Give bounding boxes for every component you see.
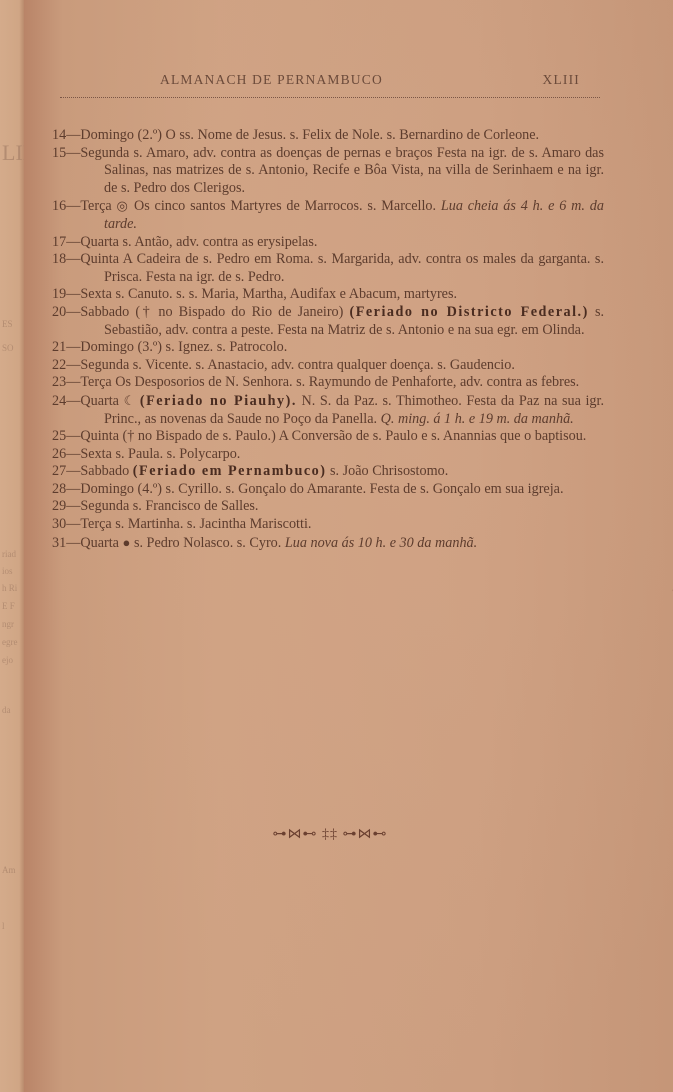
calendar-entry: 27—Sabbado (Feriado em Pernambuco) s. Jo…	[52, 463, 604, 481]
entry-text: —Terça s. Martinha. s. Jacintha Mariscot…	[66, 516, 311, 532]
day-number: 24	[52, 393, 66, 409]
entry-text: —Quarta	[66, 393, 123, 409]
day-number: 27	[52, 463, 66, 479]
day-number: 25	[52, 428, 66, 444]
calendar-entry: 17—Quarta s. Antão, adv. contra as erysi…	[52, 234, 604, 252]
day-number: 17	[52, 234, 66, 250]
tailpiece-ornament: ⊶⋈⊷ ‡‡ ⊶⋈⊷	[270, 826, 390, 843]
calendar-entry: 14—Domingo (2.º) O ss. Nome de Jesus. s.…	[52, 127, 604, 145]
entry-text: —Domingo (2.º) O ss. Nome de Jesus. s. F…	[66, 127, 539, 143]
entry-text: s. João Chrisostomo.	[326, 463, 448, 479]
adjacent-page-fragment: E F	[2, 600, 24, 612]
entry-text: —Sabbado († no Bispado do Rio de Janeiro…	[66, 304, 349, 320]
calendar-entry: 25—Quinta († no Bispado de s. Paulo.) A …	[52, 428, 604, 446]
page-number: XLIII	[543, 72, 580, 88]
moon-phase-note: Lua nova ás 10 h. e 30 da manhã.	[285, 535, 477, 551]
adjacent-page-fragment: ES	[2, 318, 24, 330]
day-number: 23	[52, 374, 66, 390]
entry-text: —Quarta s. Antão, adv. contra as erysipe…	[66, 234, 317, 250]
entry-text: —Domingo (3.º) s. Ignez. s. Patrocolo.	[66, 339, 287, 355]
calendar-entry: 21—Domingo (3.º) s. Ignez. s. Patrocolo.	[52, 339, 604, 357]
moon-phase-note: Q. ming. á 1 h. e 19 m. da manhã.	[381, 411, 574, 427]
entry-text: —Domingo (4.º) s. Cyrillo. s. Gonçalo do…	[66, 481, 563, 497]
adjacent-page-fragment: ejo	[2, 654, 24, 666]
day-number: 21	[52, 339, 66, 355]
adjacent-page-fragment: Am	[2, 864, 24, 876]
day-number: 29	[52, 498, 66, 514]
entry-text: —Terça	[66, 198, 116, 214]
adjacent-page-fragment: egre	[2, 636, 24, 648]
adjacent-page-fragment: l	[2, 920, 24, 932]
adjacent-page-fragment: da	[2, 704, 24, 716]
day-number: 19	[52, 286, 66, 302]
adjacent-page-fragment: LIII	[2, 140, 24, 166]
moon-phase-icon: ◎	[117, 198, 130, 213]
entry-text: —Segunda s. Francisco de Salles.	[66, 498, 258, 514]
calendar-entries: 14—Domingo (2.º) O ss. Nome de Jesus. s.…	[52, 127, 604, 552]
calendar-entry: 20—Sabbado († no Bispado do Rio de Janei…	[52, 304, 604, 339]
entry-text: —Segunda s. Amaro, adv. contra as doença…	[66, 145, 604, 196]
day-number: 18	[52, 251, 66, 267]
calendar-entry: 29—Segunda s. Francisco de Salles.	[52, 498, 604, 516]
calendar-entry: 26—Sexta s. Paula. s. Polycarpo.	[52, 446, 604, 464]
day-number: 30	[52, 516, 66, 532]
calendar-entry: 19—Sexta s. Canuto. s. s. Maria, Martha,…	[52, 286, 604, 304]
running-title: ALMANACH DE PERNAMBUCO	[160, 72, 383, 88]
entry-text: —Sabbado	[66, 463, 133, 479]
calendar-entry: 22—Segunda s. Vicente. s. Anastacio, adv…	[52, 357, 604, 375]
entry-text: Os cinco santos Martyres de Marrocos. s.…	[129, 198, 441, 214]
day-number: 16	[52, 198, 66, 214]
adjacent-page-fragment: ios	[2, 565, 24, 577]
calendar-entry: 18—Quinta A Cadeira de s. Pedro em Roma.…	[52, 251, 604, 286]
calendar-entry: 16—Terça ◎ Os cinco santos Martyres de M…	[52, 197, 604, 233]
entry-text: —Quinta A Cadeira de s. Pedro em Roma. s…	[66, 251, 604, 285]
adjacent-page-fragment: h Ri	[2, 582, 24, 594]
running-header: ALMANACH DE PERNAMBUCO XLIII	[160, 72, 580, 92]
day-number: 31	[52, 535, 66, 551]
calendar-entry: 30—Terça s. Martinha. s. Jacintha Marisc…	[52, 516, 604, 534]
day-number: 14	[52, 127, 66, 143]
entry-text: s. Pedro Nolasco. s. Cyro.	[130, 535, 284, 551]
day-number: 22	[52, 357, 66, 373]
entry-text: —Quarta	[66, 535, 122, 551]
adjacent-page-fragment: SO	[2, 342, 24, 354]
holiday-label: (Feriado no Districto Federal.)	[349, 304, 588, 320]
calendar-entry: 15—Segunda s. Amaro, adv. contra as doen…	[52, 145, 604, 198]
moon-phase-icon: ☾	[124, 393, 136, 408]
holiday-label: (Feriado no Piauhy).	[140, 393, 297, 409]
day-number: 15	[52, 145, 66, 161]
holiday-label: (Feriado em Pernambuco)	[133, 463, 327, 479]
entry-text: —Sexta s. Canuto. s. s. Maria, Martha, A…	[66, 286, 457, 302]
day-number: 26	[52, 446, 66, 462]
adjacent-page-fragment: ngr	[2, 618, 24, 630]
entry-text: —Terça Os Desposorios de N. Senhora. s. …	[66, 374, 579, 390]
day-number: 28	[52, 481, 66, 497]
header-rule	[60, 97, 600, 98]
entry-text: —Sexta s. Paula. s. Polycarpo.	[66, 446, 240, 462]
calendar-entry: 24—Quarta ☾ (Feriado no Piauhy). N. S. d…	[52, 392, 604, 428]
adjacent-page-fragment: riad	[2, 548, 24, 560]
calendar-entry: 23—Terça Os Desposorios de N. Senhora. s…	[52, 374, 604, 392]
calendar-entry: 28—Domingo (4.º) s. Cyrillo. s. Gonçalo …	[52, 481, 604, 499]
day-number: 20	[52, 304, 66, 320]
entry-text: —Quinta († no Bispado de s. Paulo.) A Co…	[66, 428, 586, 444]
entry-text: —Segunda s. Vicente. s. Anastacio, adv. …	[66, 357, 515, 373]
calendar-entry: 31—Quarta ● s. Pedro Nolasco. s. Cyro. L…	[52, 534, 604, 553]
adjacent-page-edge: LIII ES SO riad ios h Ri E F ngr egre ej…	[0, 0, 24, 1092]
